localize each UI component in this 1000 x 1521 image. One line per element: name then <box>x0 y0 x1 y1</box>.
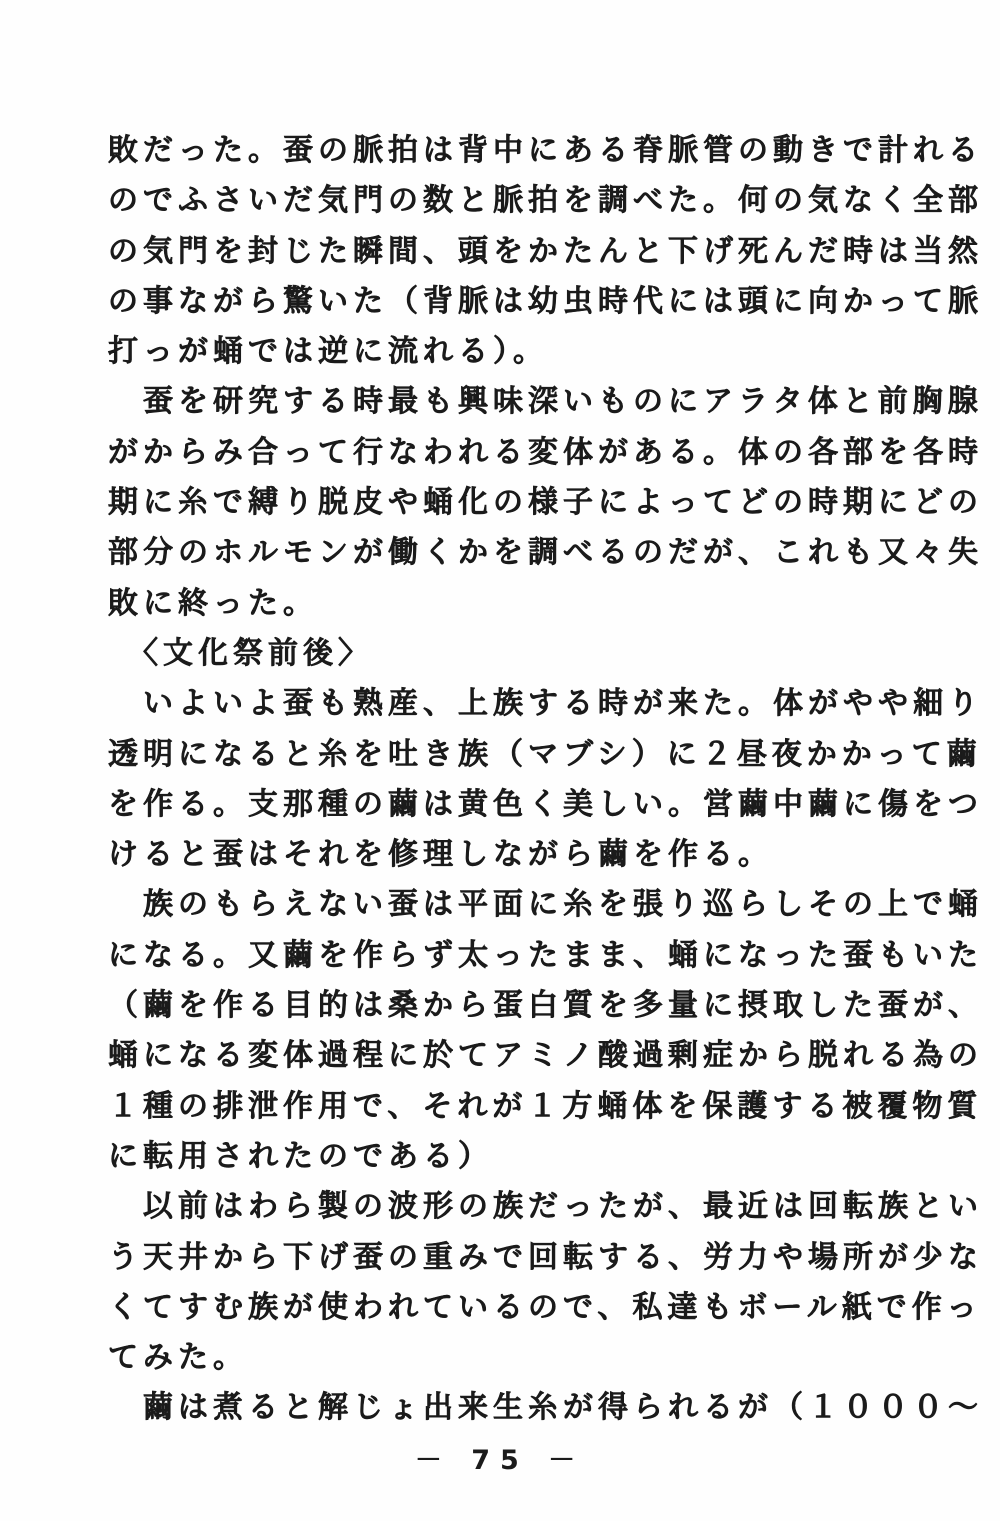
text-line: １種の排泄作用で、それが１方蛹体を保護する被覆物質 <box>108 1082 960 1132</box>
text-line: 透明になると糸を吐き族（マブシ）に２昼夜かかって繭 <box>108 730 960 780</box>
text-line: がからみ合って行なわれる変体がある。体の各部を各時 <box>108 428 960 478</box>
page-number: － 75 － <box>0 1438 1000 1477</box>
text-line: 打っが蛹では逆に流れる）。 <box>108 327 960 377</box>
text-block: 敗だった。蚕の脈拍は背中にある脊脈管の動きで計れる のでふさいだ気門の数と脈拍を… <box>108 126 960 1434</box>
text-line: を作る。支那種の繭は黄色く美しい。営繭中繭に傷をつ <box>108 780 960 830</box>
text-line: の事ながら驚いた（背脈は幼虫時代には頭に向かって脈 <box>108 277 960 327</box>
text-line: （繭を作る目的は桑から蛋白質を多量に摂取した蚕が、 <box>108 981 960 1031</box>
scanned-document-page: 敗だった。蚕の脈拍は背中にある脊脈管の動きで計れる のでふさいだ気門の数と脈拍を… <box>0 0 1000 1521</box>
text-line: に転用されたのである） <box>108 1132 960 1182</box>
text-line: 期に糸で縛り脱皮や蛹化の様子によってどの時期にどの <box>108 478 960 528</box>
text-line: のでふさいだ気門の数と脈拍を調べた。何の気なく全部 <box>108 176 960 226</box>
text-line: 族のもらえない蚕は平面に糸を張り巡らしその上で蛹 <box>108 880 960 930</box>
text-line: 蛹になる変体過程に於てアミノ酸過剰症から脱れる為の <box>108 1031 960 1081</box>
text-line: てみた。 <box>108 1333 960 1383</box>
text-line: になる。又繭を作らず太ったまま、蛹になった蚕もいた <box>108 931 960 981</box>
text-line: 以前はわら製の波形の族だったが、最近は回転族とい <box>108 1182 960 1232</box>
text-line: の気門を封じた瞬間、頭をかたんと下げ死んだ時は当然 <box>108 227 960 277</box>
text-line: 敗だった。蚕の脈拍は背中にある脊脈管の動きで計れる <box>108 126 960 176</box>
text-line: う天井から下げ蚕の重みで回転する、労力や場所が少な <box>108 1233 960 1283</box>
text-line: 部分のホルモンが働くかを調べるのだが、これも又々失 <box>108 528 960 578</box>
text-line: 敗に終った。 <box>108 579 960 629</box>
text-line: くてすむ族が使われているので、私達もボール紙で作っ <box>108 1283 960 1333</box>
text-line: けると蚕はそれを修理しながら繭を作る。 <box>108 830 960 880</box>
text-line: いよいよ蚕も熟産、上族する時が来た。体がやや細り <box>108 679 960 729</box>
text-line: 蚕を研究する時最も興味深いものにアラタ体と前胸腺 <box>108 377 960 427</box>
text-line: 〈文化祭前後〉 <box>108 629 960 679</box>
text-line: 繭は煮ると解じょ出来生糸が得られるが（１０００～ <box>108 1383 960 1433</box>
